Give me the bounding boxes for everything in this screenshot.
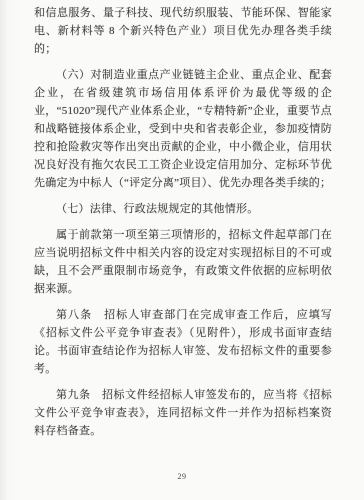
- paragraph: （七）法律、行政法规规定的其他情形。: [34, 200, 332, 218]
- document-page: 和信息服务、量子科技、现代纺织服装、节能环保、智能家电、新材料等 8 个新兴特色…: [0, 0, 364, 500]
- paragraph: 第八条 招标人审查部门在完成审查工作后，应填写《招标文件公平竞争审查表》（见附件…: [34, 306, 332, 378]
- document-body: 和信息服务、量子科技、现代纺织服装、节能环保、智能家电、新材料等 8 个新兴特色…: [34, 4, 332, 448]
- paragraph: 和信息服务、量子科技、现代纺织服装、节能环保、智能家电、新材料等 8 个新兴特色…: [34, 4, 332, 58]
- paragraph: 第九条 招标文件经招标人审签发布的，应当将《招标文件公平竞争审查表》，连同招标文…: [34, 386, 332, 440]
- paragraph: 属于前款第一项至第三项情形的，招标文件起草部门在应当说明招标文件中相关内容的设定…: [34, 226, 332, 298]
- paragraph: （六）对制造业重点产业链链主企业、重点企业、配套企业，在省级建筑市场信用体系评价…: [34, 66, 332, 192]
- page-number: 29: [0, 472, 364, 481]
